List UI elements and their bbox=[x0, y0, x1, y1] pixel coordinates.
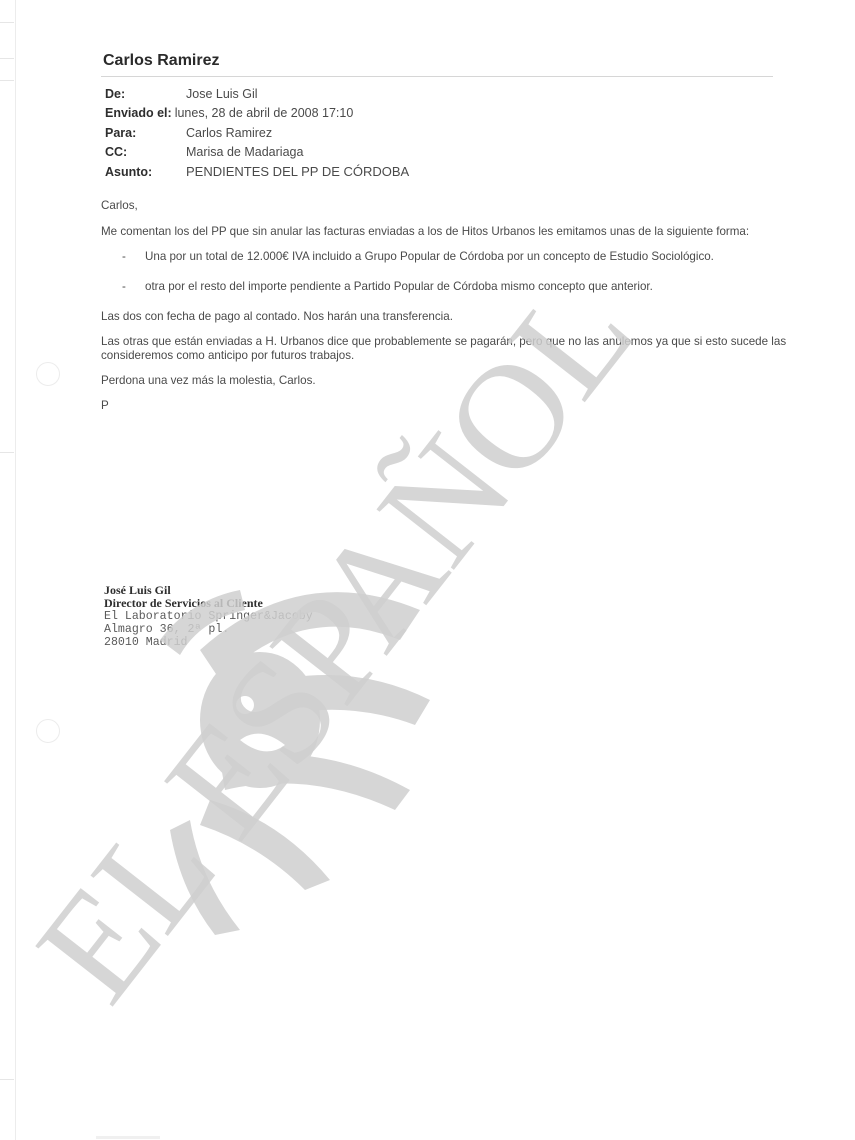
header-value-from: Jose Luis Gil bbox=[186, 87, 258, 101]
punch-hole-mark bbox=[36, 362, 60, 386]
list-item: - otra por el resto del importe pendient… bbox=[101, 280, 775, 294]
header-value-cc: Marisa de Madariaga bbox=[186, 145, 303, 159]
email-body: Carlos, Me comentan los del PP que sin a… bbox=[101, 199, 791, 413]
signature-address: Almagro 36, 2ª pl. bbox=[104, 623, 313, 636]
punch-hole-mark bbox=[36, 719, 60, 743]
scan-edge-mark bbox=[0, 1079, 14, 1080]
list-item-text: Una por un total de 12.000€ IVA incluido… bbox=[145, 250, 714, 263]
signature-block: José Luis Gil Director de Servicios al C… bbox=[104, 584, 313, 649]
header-label: De: bbox=[105, 87, 186, 101]
scan-artifact bbox=[96, 1136, 160, 1139]
printed-email: Carlos Ramirez De: Jose Luis Gil Enviado… bbox=[101, 52, 791, 424]
scan-edge-mark bbox=[0, 22, 14, 23]
body-paragraph: Las otras que están enviadas a H. Urbano… bbox=[101, 335, 791, 363]
scan-edge-mark bbox=[0, 452, 14, 453]
header-row-subject: Asunto: PENDIENTES DEL PP DE CÓRDOBA bbox=[105, 162, 791, 182]
header-value-to: Carlos Ramirez bbox=[186, 126, 272, 140]
header-value-sent: lunes, 28 de abril de 2008 17:10 bbox=[175, 106, 354, 120]
signature-company: El Laboratorio Springer&Jacoby bbox=[104, 610, 313, 623]
header-label: Para: bbox=[105, 126, 186, 140]
bullet-dash: - bbox=[122, 250, 126, 264]
invoice-list: - Una por un total de 12.000€ IVA inclui… bbox=[101, 250, 791, 294]
email-print-title: Carlos Ramirez bbox=[103, 52, 791, 70]
scan-page-edge bbox=[15, 0, 16, 1140]
header-row-to: Para: Carlos Ramirez bbox=[105, 123, 791, 143]
list-item: - Una por un total de 12.000€ IVA inclui… bbox=[101, 250, 775, 264]
scan-edge-mark bbox=[0, 58, 14, 59]
body-paragraph: Me comentan los del PP que sin anular la… bbox=[101, 225, 791, 239]
header-value-subject: PENDIENTES DEL PP DE CÓRDOBA bbox=[186, 164, 409, 179]
header-row-sent: Enviado el: lunes, 28 de abril de 2008 1… bbox=[105, 104, 791, 124]
sender-initial: P bbox=[101, 399, 791, 413]
header-row-from: De: Jose Luis Gil bbox=[105, 84, 791, 104]
greeting: Carlos, bbox=[101, 199, 791, 213]
signature-city: 28010 Madrid bbox=[104, 636, 313, 649]
email-headers: De: Jose Luis Gil Enviado el: lunes, 28 … bbox=[105, 84, 791, 182]
header-row-cc: CC: Marisa de Madariaga bbox=[105, 143, 791, 163]
list-item-text: otra por el resto del importe pendiente … bbox=[145, 280, 653, 293]
header-label: Asunto: bbox=[105, 165, 186, 179]
scan-edge-mark bbox=[0, 80, 14, 81]
title-divider bbox=[101, 76, 773, 77]
body-paragraph: Las dos con fecha de pago al contado. No… bbox=[101, 310, 791, 324]
header-label: CC: bbox=[105, 145, 186, 159]
bullet-dash: - bbox=[122, 280, 126, 294]
signature-role: Director de Servicios al Cliente bbox=[104, 597, 313, 610]
body-paragraph: Perdona una vez más la molestia, Carlos. bbox=[101, 374, 791, 388]
header-label: Enviado el: bbox=[105, 106, 172, 120]
